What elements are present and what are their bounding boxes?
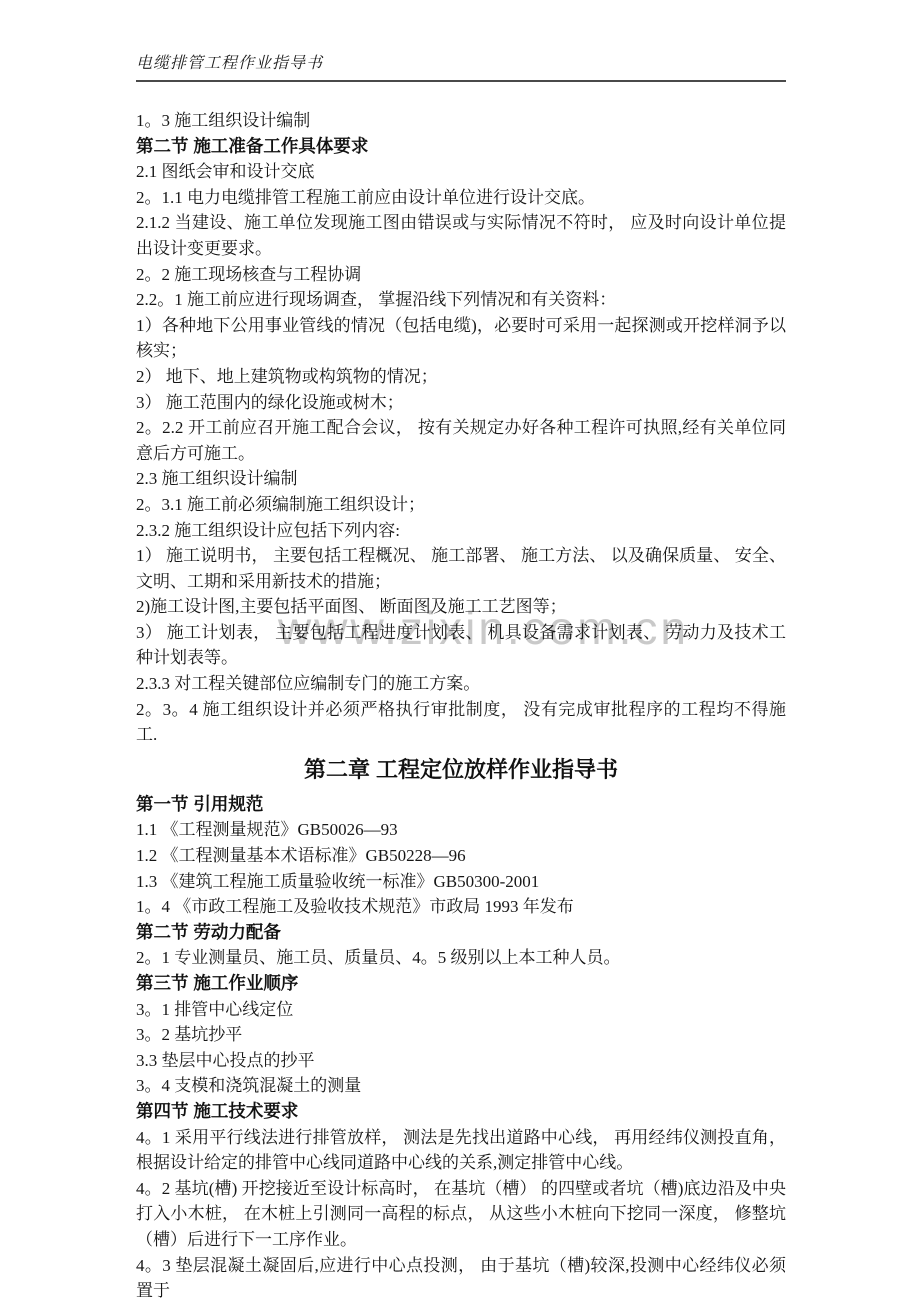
paragraph: 1。4 《市政工程施工及验收技术规范》市政局 1993 年发布	[136, 894, 786, 920]
paragraph: 2.3.2 施工组织设计应包括下列内容:	[136, 518, 786, 544]
paragraph: 2.3.3 对工程关键部位应编制专门的施工方案。	[136, 671, 786, 697]
document-content: 电缆排管工程作业指导书 1。3 施工组织设计编制第二节 施工准备工作具体要求2.…	[136, 50, 786, 1302]
section-heading: 第一节 引用规范	[136, 792, 786, 818]
paragraph: 1）各种地下公用事业管线的情况（包括电缆)，必要时可采用一起探测或开挖样洞予以核…	[136, 313, 786, 364]
section-heading: 第二节 施工准备工作具体要求	[136, 134, 786, 160]
paragraph: 3。2 基坑抄平	[136, 1022, 786, 1048]
paragraph: 2） 地下、地上建筑物或构筑物的情况；	[136, 364, 786, 390]
paragraph: 1.2 《工程测量基本术语标准》GB50228—96	[136, 843, 786, 869]
paragraph: 4。2 基坑(槽) 开挖接近至设计标高时， 在基坑（槽） 的四壁或者坑（槽)底边…	[136, 1176, 786, 1253]
document-body: 1。3 施工组织设计编制第二节 施工准备工作具体要求2.1 图纸会审和设计交底2…	[136, 108, 786, 1302]
paragraph: 3） 施工范围内的绿化设施或树木；	[136, 390, 786, 416]
paragraph: 2。2 施工现场核查与工程协调	[136, 262, 786, 288]
paragraph: 2。2.2 开工前应召开施工配合会议， 按有关规定办好各种工程许可执照,经有关单…	[136, 415, 786, 466]
section-heading: 第四节 施工技术要求	[136, 1099, 786, 1125]
paragraph: 1） 施工说明书， 主要包括工程概况、 施工部署、 施工方法、 以及确保质量、 …	[136, 543, 786, 594]
paragraph: 2.3 施工组织设计编制	[136, 466, 786, 492]
paragraph: 1.1 《工程测量规范》GB50026—93	[136, 817, 786, 843]
paragraph: 4。3 垫层混凝土凝固后,应进行中心点投测， 由于基坑（槽)较深,投测中心经纬仪…	[136, 1253, 786, 1302]
paragraph: 2.1 图纸会审和设计交底	[136, 159, 786, 185]
paragraph: 3。1 排管中心线定位	[136, 997, 786, 1023]
chapter-heading: 第二章 工程定位放样作业指导书	[136, 755, 786, 785]
page-header-title: 电缆排管工程作业指导书	[136, 50, 786, 82]
paragraph: 2。3.1 施工前必须编制施工组织设计；	[136, 492, 786, 518]
paragraph: 2。1.1 电力电缆排管工程施工前应由设计单位进行设计交底。	[136, 185, 786, 211]
paragraph: 3.3 垫层中心投点的抄平	[136, 1048, 786, 1074]
paragraph: 2)施工设计图,主要包括平面图、 断面图及施工工艺图等；	[136, 594, 786, 620]
section-heading: 第二节 劳动力配备	[136, 920, 786, 946]
paragraph: 1.3 《建筑工程施工质量验收统一标准》GB50300-2001	[136, 869, 786, 895]
paragraph: 3） 施工计划表， 主要包括工程进度计划表、 机具设备需求计划表、 劳动力及技术…	[136, 620, 786, 671]
document-page: www.zixin.com.cn 电缆排管工程作业指导书 1。3 施工组织设计编…	[0, 0, 920, 1302]
paragraph: 2。3。4 施工组织设计并必须严格执行审批制度， 没有完成审批程序的工程均不得施…	[136, 697, 786, 748]
paragraph: 2。1 专业测量员、施工员、质量员、4。5 级别以上本工种人员。	[136, 945, 786, 971]
paragraph: 1。3 施工组织设计编制	[136, 108, 786, 134]
paragraph: 4。1 采用平行线法进行排管放样， 测法是先找出道路中心线， 再用经纬仪测投直角…	[136, 1125, 786, 1176]
paragraph: 3。4 支模和浇筑混凝土的测量	[136, 1073, 786, 1099]
section-heading: 第三节 施工作业顺序	[136, 971, 786, 997]
paragraph: 2.1.2 当建设、施工单位发现施工图由错误或与实际情况不符时， 应及时向设计单…	[136, 210, 786, 261]
paragraph: 2.2。1 施工前应进行现场调查， 掌握沿线下列情况和有关资料：	[136, 287, 786, 313]
